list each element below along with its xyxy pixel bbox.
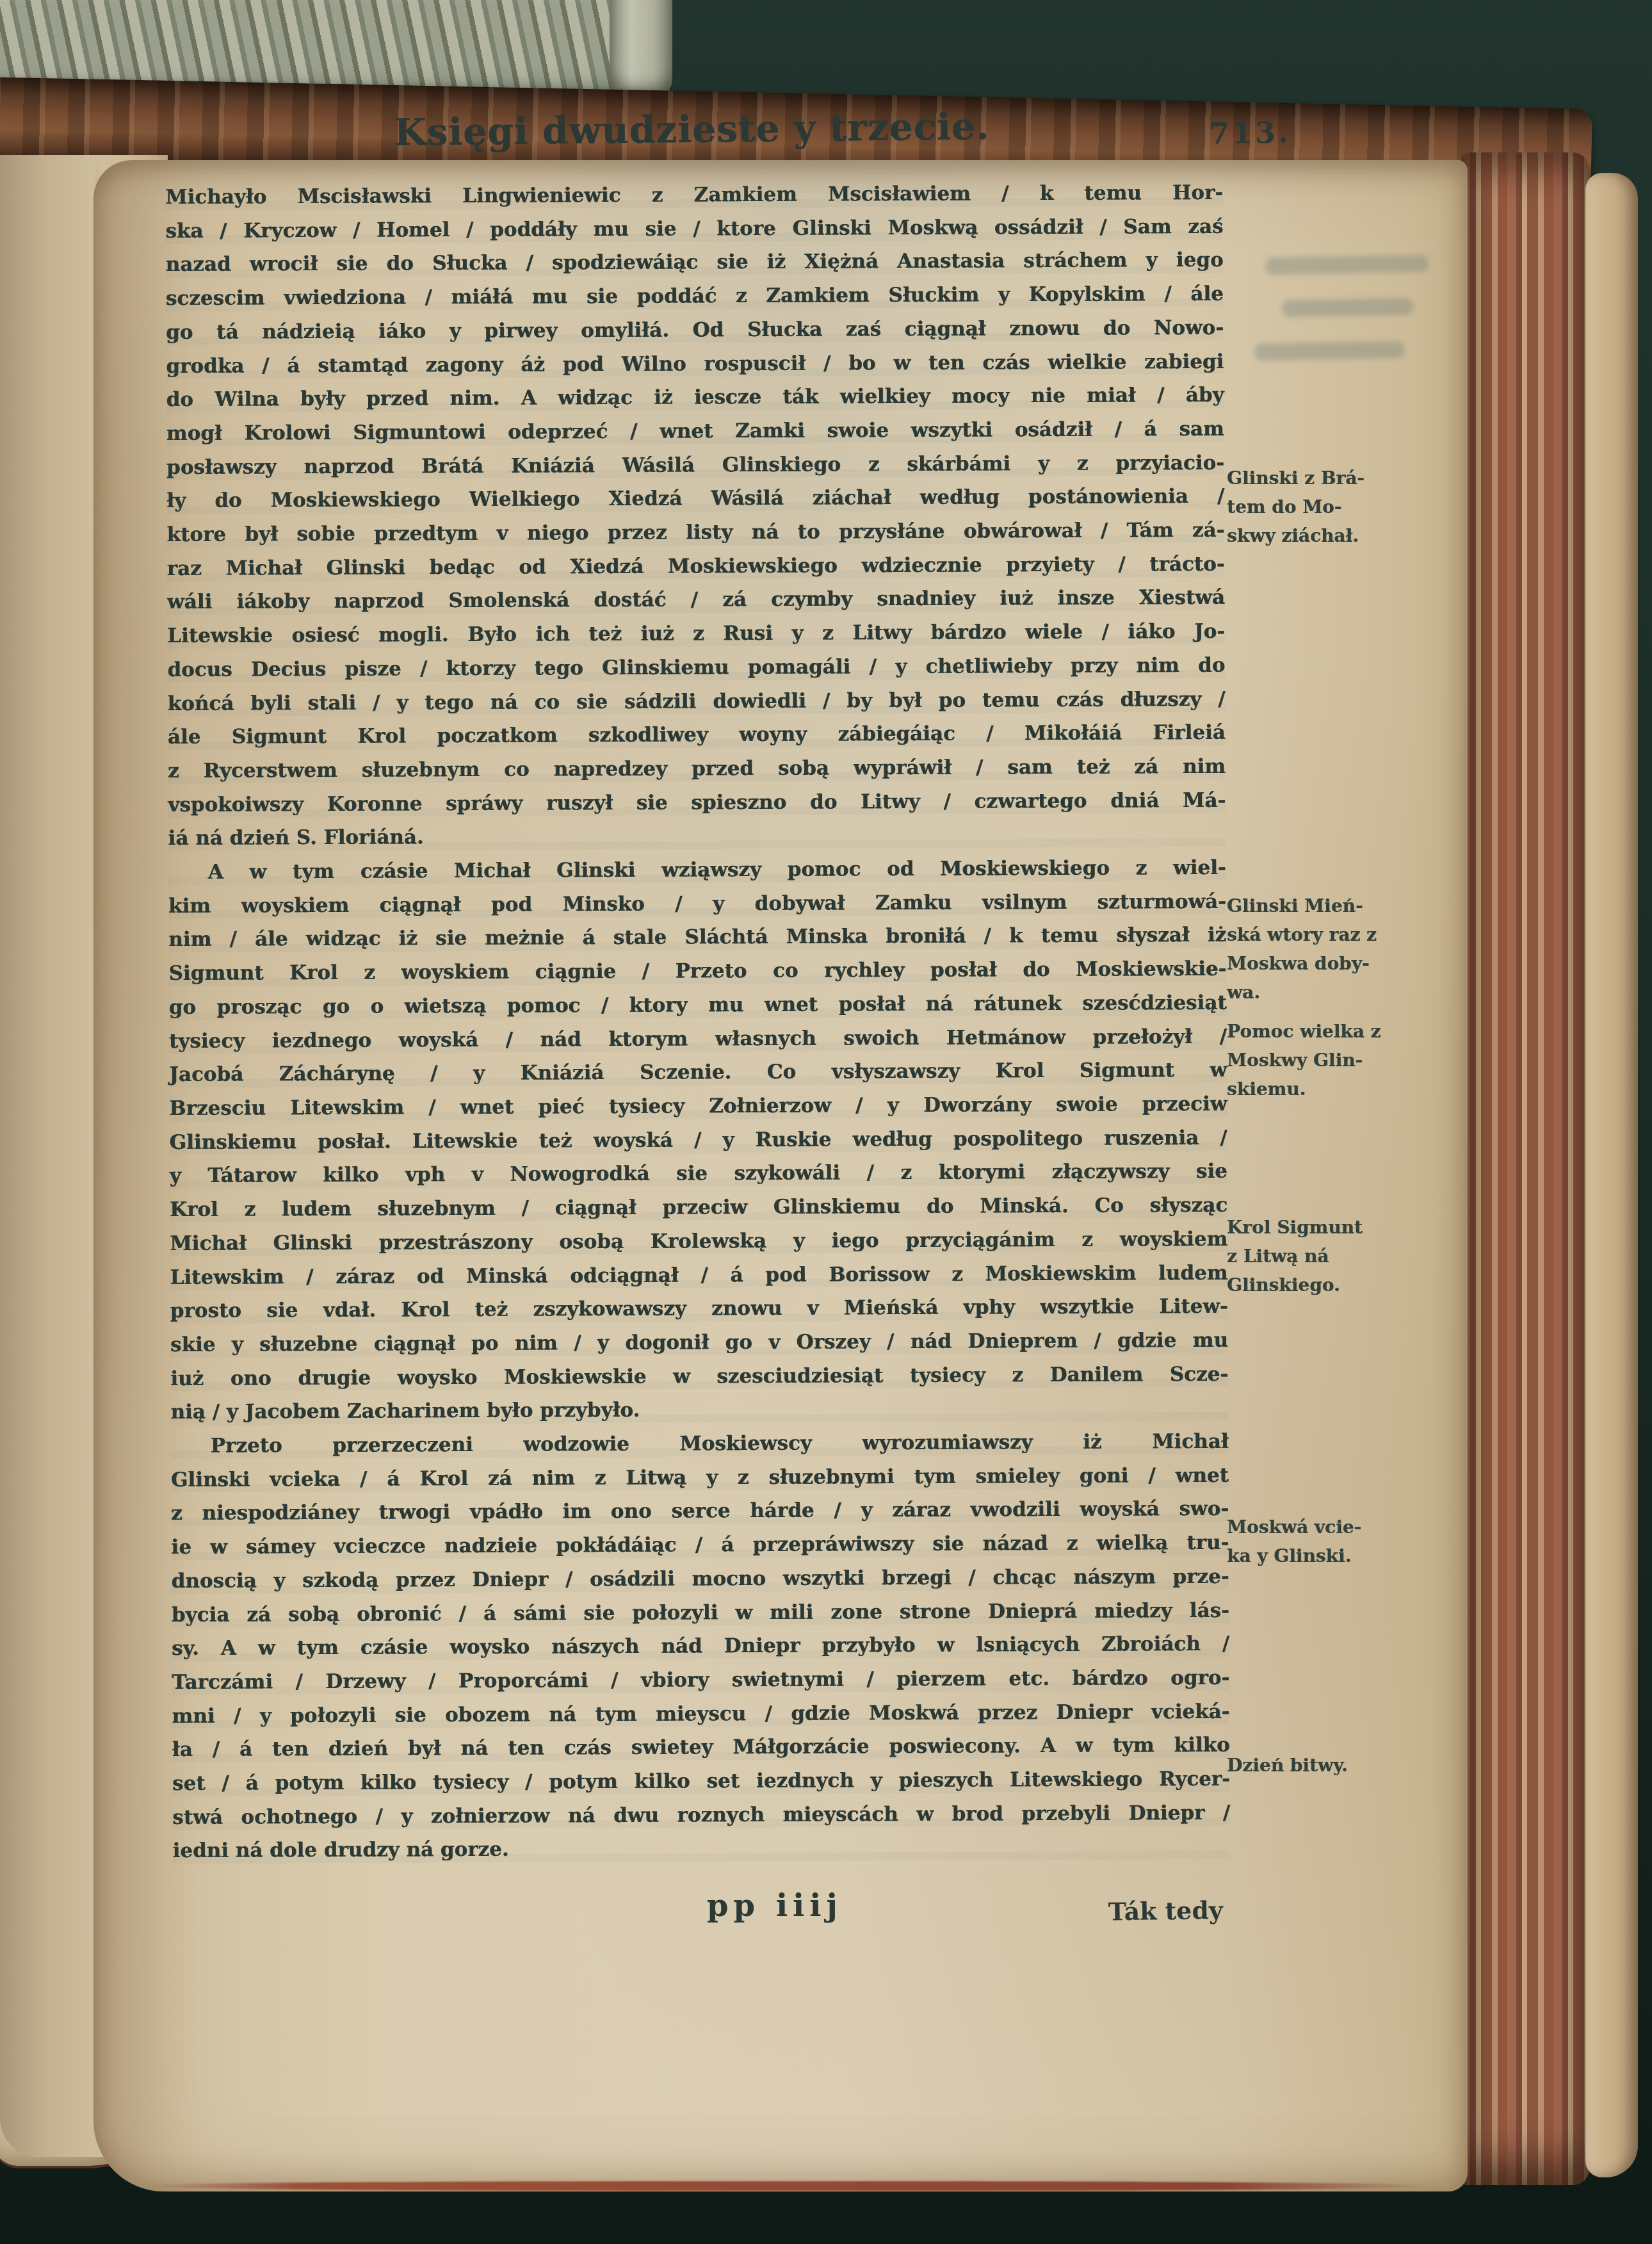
body-line: Tarczámi / Drzewy / Proporcámi / vbiory … — [172, 1661, 1229, 1700]
book-scan: Księgi dwudzieste y trzecie. 713. Michay… — [0, 0, 1652, 2244]
body-line: końcá byli stali / y tego ná co sie sádz… — [167, 682, 1225, 720]
body-line: iuż ono drugie woysko Moskiewskie w szes… — [170, 1357, 1228, 1395]
body-text: Michayło Mscisławski Lingwieniewic z Zam… — [165, 176, 1230, 1868]
body-line: skie y słuzebne ciągnął po nim / y dogon… — [170, 1324, 1228, 1362]
body-line: ły do Moskiewskiego Wielkiego Xiedzá Wás… — [166, 480, 1224, 518]
showthrough-line — [1282, 298, 1413, 318]
body-line: prosto sie vdał. Krol też zszykowawszy z… — [170, 1290, 1228, 1328]
body-line: z Rycerstwem słuzebnym co napredzey prze… — [168, 750, 1226, 788]
margin-note: Krol Sigmunt z Litwą ná Glinskiego. — [1227, 1213, 1455, 1299]
body-line: wáli iákoby naprzod Smolenská dostáć / z… — [167, 581, 1225, 619]
body-line: mni / y połozyli sie obozem ná tym mieys… — [172, 1695, 1229, 1733]
bookmark-strap — [610, 0, 672, 99]
margin-note: Glinski Mień- ská wtory raz z Moskwa dob… — [1227, 891, 1455, 1007]
body-line: Litewskim / záraz od Minská odciągnął / … — [170, 1256, 1227, 1294]
body-line: stwá ochotnego / y zołnierzow ná dwu roz… — [172, 1796, 1230, 1835]
body-line: ła / á ten dzień był ná ten czás swietey… — [172, 1728, 1230, 1767]
body-line: Krol z ludem słuzebnym / ciągnął przeciw… — [170, 1189, 1227, 1227]
body-line: nią / y Jacobem Zacharinem było przybyło… — [170, 1391, 1228, 1429]
body-line: sy. A w tym czásie woysko nászych nád Dn… — [172, 1627, 1229, 1666]
margin-note: Moskwá vcie- ka y Glinski. — [1227, 1513, 1455, 1570]
body-line: nazad wrocił sie do Słucka / spodziewáią… — [165, 243, 1223, 282]
body-line: z niespodziáney trwogi vpádło im ono ser… — [171, 1492, 1229, 1531]
margin-note: Dzień bitwy. — [1227, 1751, 1455, 1780]
catchword: Ták tedy — [1031, 1896, 1224, 1927]
body-line: Jacobá Záchárynę / y Kniáziá Sczenie. Co… — [169, 1053, 1227, 1092]
body-line: vspokoiwszy Koronne spráwy ruszył sie sp… — [168, 783, 1226, 822]
body-line: nim / ále widząc iż sie meżnie á stale S… — [168, 918, 1226, 957]
body-line: Litewskie osiesć mogli. Było ich też iuż… — [167, 615, 1225, 653]
body-line: Glinski vcieka / á Krol zá nim z Litwą y… — [171, 1458, 1229, 1497]
body-line: posławszy naprzod Brátá Kniáziá Wásilá G… — [166, 446, 1224, 484]
body-line: raz Michał Glinski bedąc od Xiedzá Moski… — [167, 548, 1225, 586]
body-line: kim woyskiem ciągnął pod Minsko / y doby… — [168, 885, 1226, 923]
body-line: iedni ná dole drudzy ná gorze. — [172, 1830, 1230, 1868]
body-line: grodka / á stamtąd zagony áż pod Wilno r… — [166, 345, 1224, 383]
body-line: y Tátarow kilko vph v Nowogrodká sie szy… — [170, 1155, 1227, 1193]
body-line: go prosząc go o wietszą pomoc / ktory mu… — [169, 986, 1227, 1025]
body-line: Sigmunt Krol z woyskiem ciągnie / Przeto… — [168, 952, 1226, 991]
margin-note: Glinski z Brá- tem do Mo- skwy ziáchał. — [1227, 464, 1455, 550]
body-line: docus Decius pisze / ktorzy tego Glinski… — [167, 649, 1225, 687]
body-line: ktore był sobie przedtym v niego przez l… — [166, 514, 1224, 552]
body-line: A w tym czásie Michał Glinski wziąwszy p… — [168, 851, 1226, 890]
page-number: 713. — [1209, 115, 1318, 151]
body-line: go tá nádzieią iáko y pirwey omyliłá. Od… — [166, 311, 1224, 350]
fore-edge-pages — [1461, 152, 1589, 2185]
body-line: set / á potym kilko tysiecy / potym kilk… — [172, 1762, 1230, 1801]
running-title: Księgi dwudzieste y trzecie. — [365, 104, 1019, 155]
body-line: Glinskiemu posłał. Litewskie też woyská … — [169, 1121, 1227, 1159]
body-line: Michayło Mscisławski Lingwieniewic z Zam… — [165, 176, 1223, 215]
body-line: ska / Kryczow / Homel / poddáły mu sie /… — [165, 209, 1223, 248]
ink-showthrough — [1246, 254, 1441, 411]
showthrough-line — [1265, 255, 1429, 275]
body-line: ie w sámey vcieczce nadzieie pokłádáiąc … — [171, 1526, 1229, 1565]
body-line: dnoscią y szkodą przez Dniepr / osádzili… — [171, 1560, 1229, 1598]
protruding-leaf — [1585, 173, 1638, 2177]
body-line: do Wilna były przed nim. A widząc iż ies… — [166, 378, 1224, 417]
body-line: Brzesciu Litewskim / wnet pieć tysiecy Z… — [169, 1087, 1227, 1126]
page-bottom-rim — [141, 2181, 1434, 2191]
body-line: iá ná dzień S. Floriáná. — [168, 817, 1226, 856]
signature-mark: pp iiij — [692, 1888, 858, 1924]
body-line: mogł Krolowi Sigmuntowi odeprzeć / wnet … — [166, 412, 1224, 451]
body-line: Przeto przerzeczeni wodzowie Moskiewscy … — [171, 1425, 1229, 1463]
showthrough-line — [1254, 341, 1404, 361]
body-line: Michał Glinski przestrászony osobą Krole… — [170, 1223, 1227, 1261]
body-line: tysiecy iezdnego woyská / nád ktorym wła… — [169, 1020, 1227, 1058]
body-line: bycia zá sobą obronić / á sámi sie połoz… — [172, 1593, 1229, 1632]
body-line: ále Sigmunt Krol poczatkom szkodliwey wo… — [168, 716, 1226, 754]
body-line: sczescim vwiedziona / miáłá mu sie poddá… — [166, 277, 1224, 316]
margin-note: Pomoc wielka z Moskwy Glin- skiemu. — [1227, 1017, 1455, 1103]
